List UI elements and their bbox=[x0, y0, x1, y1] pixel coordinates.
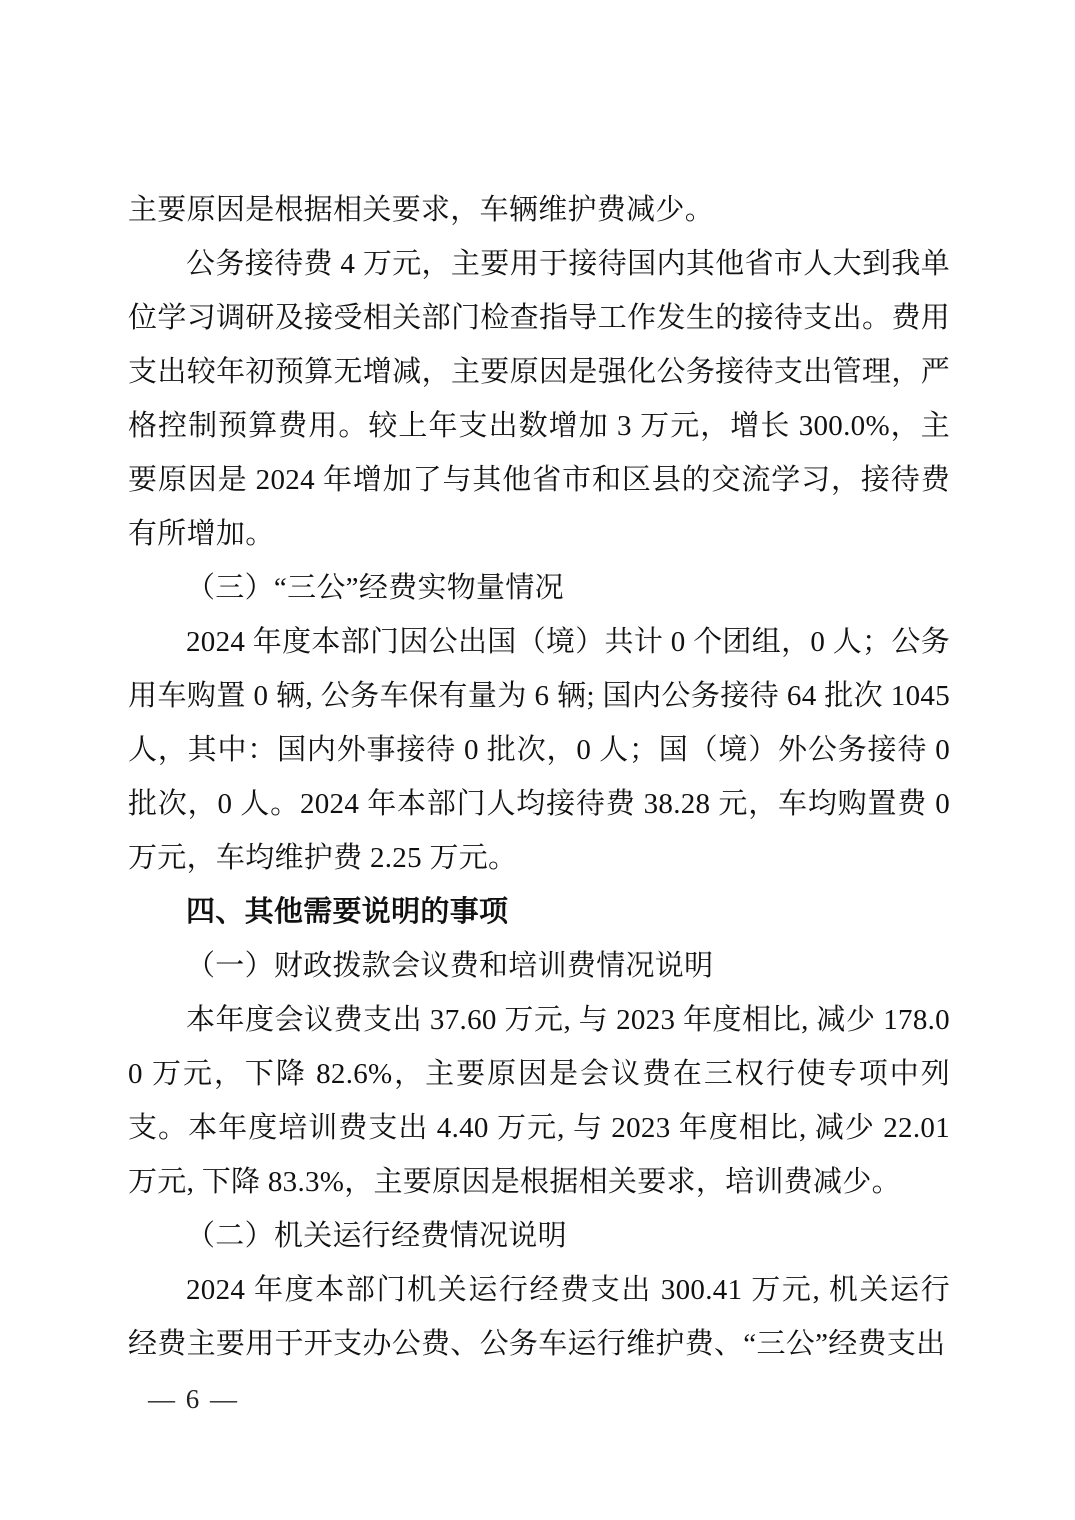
section-heading-three-public-physical-quantity: （三）“三公”经费实物量情况 bbox=[128, 561, 950, 615]
paragraph-continuation: 主要原因是根据相关要求，车辆维护费减少。 bbox=[128, 183, 950, 237]
document-body: 主要原因是根据相关要求，车辆维护费减少。 公务接待费 4 万元，主要用于接待国内… bbox=[128, 183, 950, 1371]
paragraph-reception-expense: 公务接待费 4 万元，主要用于接待国内其他省市人大到我单位学习调研及接受相关部门… bbox=[128, 237, 950, 561]
page-number: — 6 — bbox=[148, 1372, 239, 1426]
document-page: 主要原因是根据相关要求，车辆维护费减少。 公务接待费 4 万元，主要用于接待国内… bbox=[0, 0, 1075, 1520]
paragraph-agency-operating-expense-details: 2024 年度本部门机关运行经费支出 300.41 万元, 机关运行经费主要用于… bbox=[128, 1263, 950, 1371]
chapter-heading-other-matters: 四、其他需要说明的事项 bbox=[128, 885, 950, 939]
paragraph-meeting-training-fee-details: 本年度会议费支出 37.60 万元, 与 2023 年度相比, 减少 178.0… bbox=[128, 993, 950, 1209]
paragraph-physical-quantity-details: 2024 年度本部门因公出国（境）共计 0 个团组，0 人；公务用车购置 0 辆… bbox=[128, 615, 950, 885]
section-heading-meeting-training-fees: （一）财政拨款会议费和培训费情况说明 bbox=[128, 939, 950, 993]
section-heading-agency-operating-expense: （二）机关运行经费情况说明 bbox=[128, 1209, 950, 1263]
